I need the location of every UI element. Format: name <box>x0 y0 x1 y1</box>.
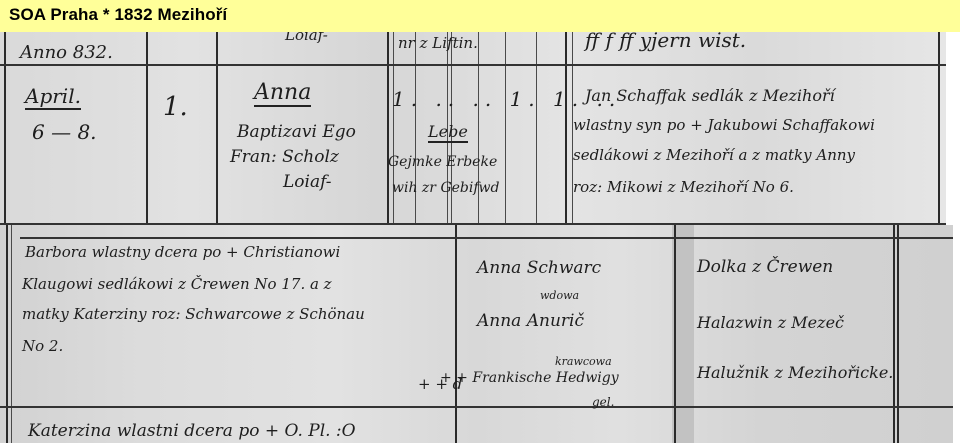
father-text: wlastny syn po + Jakubowi Schaffakowi <box>573 116 875 134</box>
register-scan-bottom: Barbora wlastny dcera po + Christianowi … <box>0 225 953 443</box>
godparent-text: + + Frankische Hedwigy <box>440 370 619 386</box>
residence-text: Halužnik z Mezihořicke. <box>697 363 893 382</box>
rule-vertical <box>565 32 567 225</box>
residence-text: Dolka z Črewen <box>697 257 833 277</box>
rule-vertical <box>6 225 8 443</box>
father-text: Jan Schaffak sedlák z Mezihoří <box>585 86 835 105</box>
rule-vertical <box>674 225 676 443</box>
year-heading: Anno 832. <box>20 42 113 63</box>
handwriting-fragment: Loiaf- <box>285 32 328 44</box>
register-scan-top: Loiaf- nr z Liftin. ff f ff yjern wist. … <box>0 32 946 225</box>
entry-number: 1. <box>163 92 188 122</box>
rule-vertical <box>216 32 218 225</box>
godparent-text: gel. <box>592 395 614 409</box>
next-entry-fragment: Katerzina wlastni dcera po + O. Pl. :O <box>28 421 356 441</box>
title-bar: SOA Praha * 1832 Mezihoří <box>0 0 960 32</box>
mother-text: matky Katerziny roz: Schwarcowe z Schöna… <box>22 305 365 323</box>
rule-vertical <box>893 225 895 443</box>
child-name: Anna <box>254 80 311 107</box>
rule-horizontal <box>0 64 946 66</box>
baptism-note: Baptizavi Ego <box>237 122 356 142</box>
handwriting-fragment: ff f ff yjern wist. <box>585 32 746 52</box>
godparent-text: wdowa <box>540 289 579 302</box>
page-title: SOA Praha * 1832 Mezihoří <box>9 5 227 25</box>
mother-text: Klaugowi sedlákowi z Črewen No 17. a z <box>22 275 332 293</box>
mother-text: No 2. <box>22 337 63 355</box>
rule-horizontal <box>0 406 953 408</box>
father-text: sedlákowi z Mezihoří a z matky Anny <box>573 146 855 164</box>
godparent-text: Anna Anurič <box>477 311 584 331</box>
rule-vertical <box>897 225 899 443</box>
column-text: wih zr Gebifwd <box>392 180 499 196</box>
father-text: roz: Mikowi z Mezihoří No 6. <box>573 178 794 196</box>
godparent-text: Anna Schwarc <box>477 258 601 278</box>
mother-text: Barbora wlastny dcera po + Christianowi <box>25 243 340 261</box>
column-text: Gejmke Erbeke <box>388 154 497 170</box>
rule-horizontal <box>20 237 953 239</box>
rule-vertical <box>146 32 148 225</box>
baptism-note: Loiaf- <box>283 172 332 192</box>
rule-vertical <box>505 32 506 225</box>
rule-vertical <box>393 32 394 225</box>
baptism-note: Fran: Scholz <box>230 147 339 167</box>
rule-vertical <box>4 32 6 225</box>
residence-text: Halazwin z Mezeč <box>697 313 844 332</box>
entry-month: April. <box>25 84 81 110</box>
rule-vertical <box>455 225 457 443</box>
rule-vertical <box>415 32 416 225</box>
rule-vertical <box>478 32 479 225</box>
rule-vertical <box>938 32 940 225</box>
rule-vertical <box>11 225 12 443</box>
rule-vertical <box>536 32 537 225</box>
rule-vertical <box>387 32 389 225</box>
godparent-text: krawcowa <box>555 355 612 368</box>
residence-label: Lebe <box>428 122 468 143</box>
handwriting-fragment: nr z Liftin. <box>398 34 478 52</box>
entry-days: 6 — 8. <box>32 120 97 144</box>
